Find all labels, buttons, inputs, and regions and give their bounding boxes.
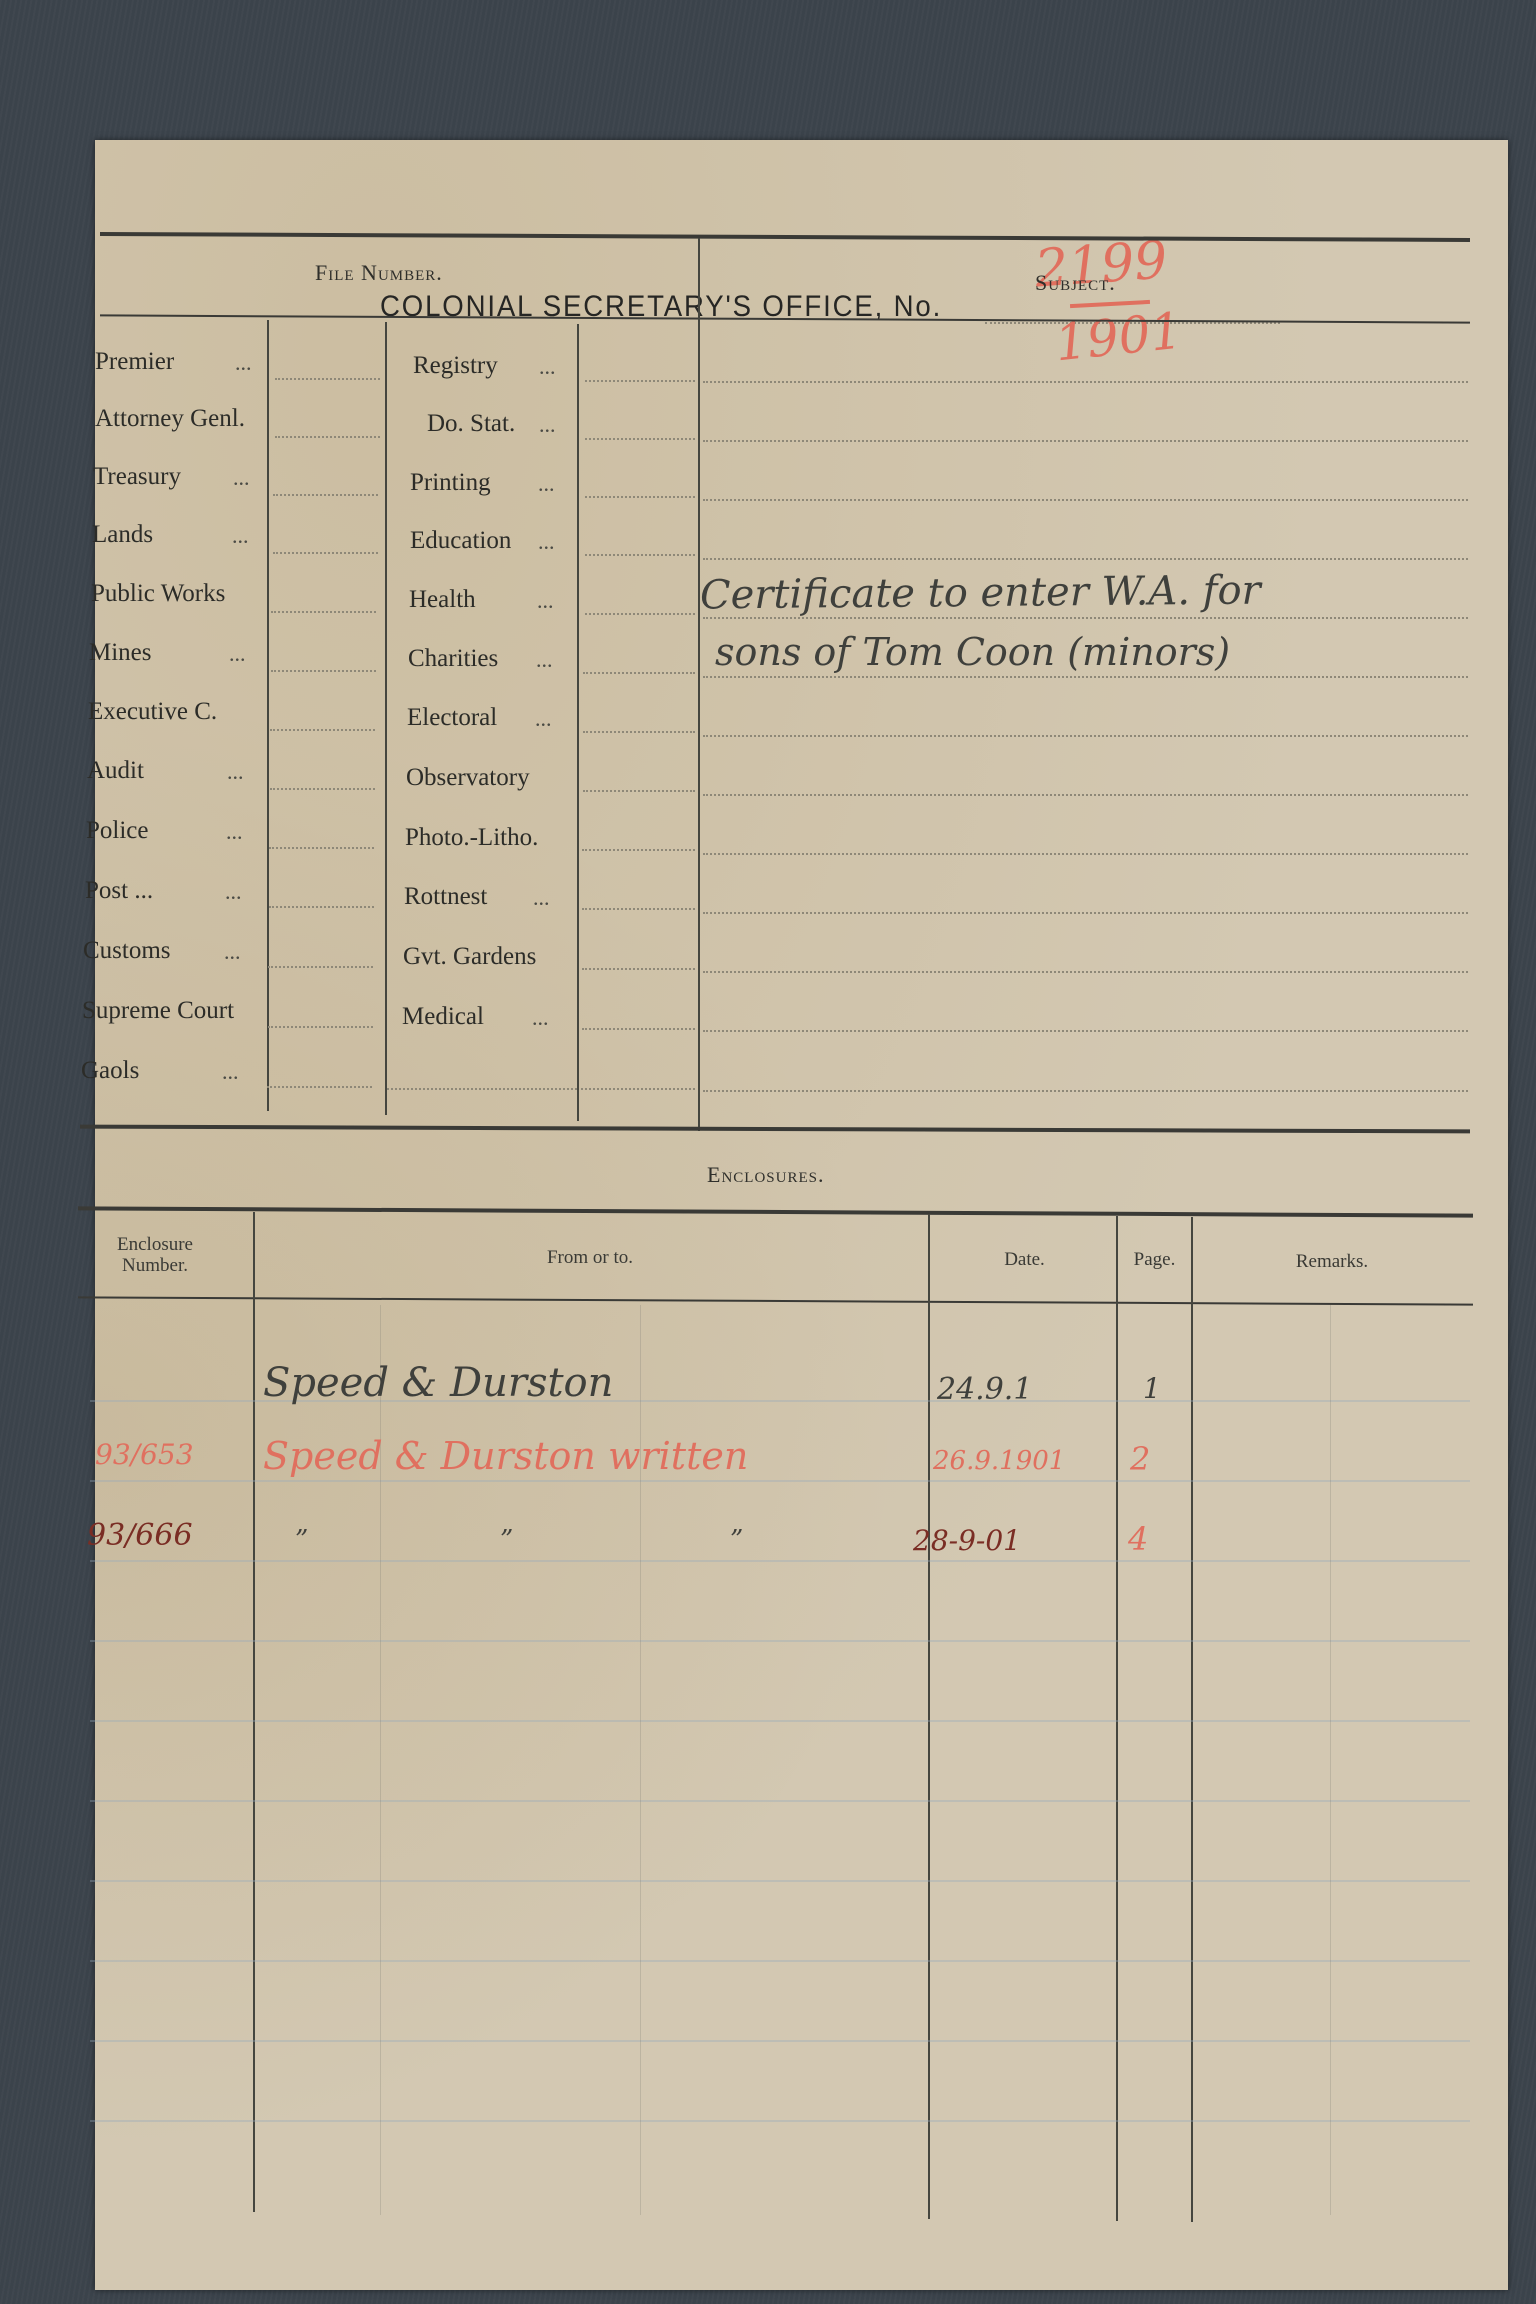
dept-dots: ... <box>532 1005 549 1031</box>
enclosures-columns-rule <box>78 1296 1473 1305</box>
enc-ditto-2: ” <box>500 1525 513 1555</box>
dept-dots: ... <box>229 641 246 667</box>
enc-number: 93/653 <box>95 1438 194 1471</box>
dept-rottnest: Rottnest <box>404 883 487 911</box>
dept-do-stat: Do. Stat. <box>427 410 515 438</box>
dept-gaols: Gaols <box>81 1057 139 1085</box>
dept-customs: Customs <box>83 937 171 965</box>
enc-divider-1 <box>253 1212 255 2212</box>
enc-divider-3 <box>1116 1216 1118 2221</box>
enc-ditto-3: ” <box>730 1525 743 1555</box>
dept-dots: ... <box>232 523 249 549</box>
dept-attorney-genl: Attorney Genl. <box>95 405 245 433</box>
dept-registry: Registry <box>413 352 498 380</box>
enc-ditto-1: ” <box>295 1525 308 1555</box>
dept-gvt-gardens: Gvt. Gardens <box>403 943 536 971</box>
enc-page: 2 <box>1130 1440 1150 1478</box>
dept-treasury: Treasury <box>93 463 181 491</box>
dept-dots: ... <box>539 412 556 438</box>
dept-dots: ... <box>222 1059 239 1085</box>
dept-charities: Charities <box>408 645 498 673</box>
enc-page: 1 <box>1143 1372 1161 1405</box>
file-number-heading: File Number. <box>315 260 443 286</box>
file-col-divider-1 <box>267 320 269 1111</box>
dept-executive-c: Executive C. <box>88 698 217 726</box>
dept-dots: ... <box>227 759 244 785</box>
subject-line-1: Certificate to enter W.A. for <box>700 568 1261 619</box>
dept-mines: Mines <box>89 639 152 667</box>
dept-health: Health <box>409 586 476 614</box>
dept-dots: ... <box>224 939 241 965</box>
col-date: Date. <box>932 1250 1117 1271</box>
dept-dots: ... <box>226 819 243 845</box>
enc-from-to: Speed & Durston written <box>263 1434 748 1478</box>
dept-police: Police <box>86 817 149 845</box>
dept-dots: ... <box>225 879 242 905</box>
enclosures-header-rule <box>78 1206 1473 1217</box>
enclosures-heading: Enclosures. <box>707 1162 824 1188</box>
col-remarks: Remarks. <box>1192 1252 1472 1273</box>
subject-line-2: sons of Tom Coon (minors) <box>715 630 1230 674</box>
enclosures-top-rule <box>80 1125 1470 1134</box>
col-from-or-to: From or to. <box>255 1248 925 1269</box>
enc-page: 4 <box>1128 1520 1148 1558</box>
top-rule <box>100 232 1470 242</box>
dept-post: Post ... <box>85 877 153 905</box>
enc-divider-2 <box>928 1214 930 2219</box>
file-col-divider-3 <box>577 324 579 1121</box>
dept-dots: ... <box>235 350 252 376</box>
dept-dots: ... <box>538 529 555 555</box>
dept-photo-litho: Photo.-Litho. <box>405 824 538 852</box>
dept-lands: Lands <box>92 521 153 549</box>
dept-medical: Medical <box>402 1003 484 1031</box>
enc-number: 93/666 <box>87 1518 193 1553</box>
dept-dots: ... <box>533 885 550 911</box>
enc-date: 28-9-01 <box>913 1524 1021 1557</box>
file-number-year: 1901 <box>1052 302 1185 373</box>
subject-heading: Subject. <box>1035 270 1116 296</box>
dept-education: Education <box>410 527 511 555</box>
dept-supreme-court: Supreme Court <box>82 997 234 1025</box>
dept-audit: Audit <box>87 757 144 785</box>
dept-dots: ... <box>535 706 552 732</box>
subject-divider <box>698 238 700 1131</box>
file-col-divider-2 <box>385 322 387 1115</box>
col-enclosure-number: Enclosure Number. <box>85 1235 225 1277</box>
dept-public-works: Public Works <box>91 580 225 608</box>
dept-dots: ... <box>538 471 555 497</box>
dept-premier: Premier <box>95 348 174 376</box>
dept-observatory: Observatory <box>406 764 530 792</box>
dept-dots: ... <box>539 354 556 380</box>
document-page: COLONIAL SECRETARY'S OFFICE, No. 2199 19… <box>95 140 1508 2290</box>
enc-date: 26.9.1901 <box>933 1446 1065 1476</box>
dept-dots: ... <box>537 588 554 614</box>
dept-dots: ... <box>233 465 250 491</box>
col-page: Page. <box>1117 1250 1192 1271</box>
dept-dots: ... <box>536 647 553 673</box>
dept-printing: Printing <box>410 469 491 497</box>
dept-electoral: Electoral <box>407 704 497 732</box>
enc-from-to: Speed & Durston <box>263 1360 613 1406</box>
enc-date: 24.9.1 <box>937 1372 1032 1407</box>
